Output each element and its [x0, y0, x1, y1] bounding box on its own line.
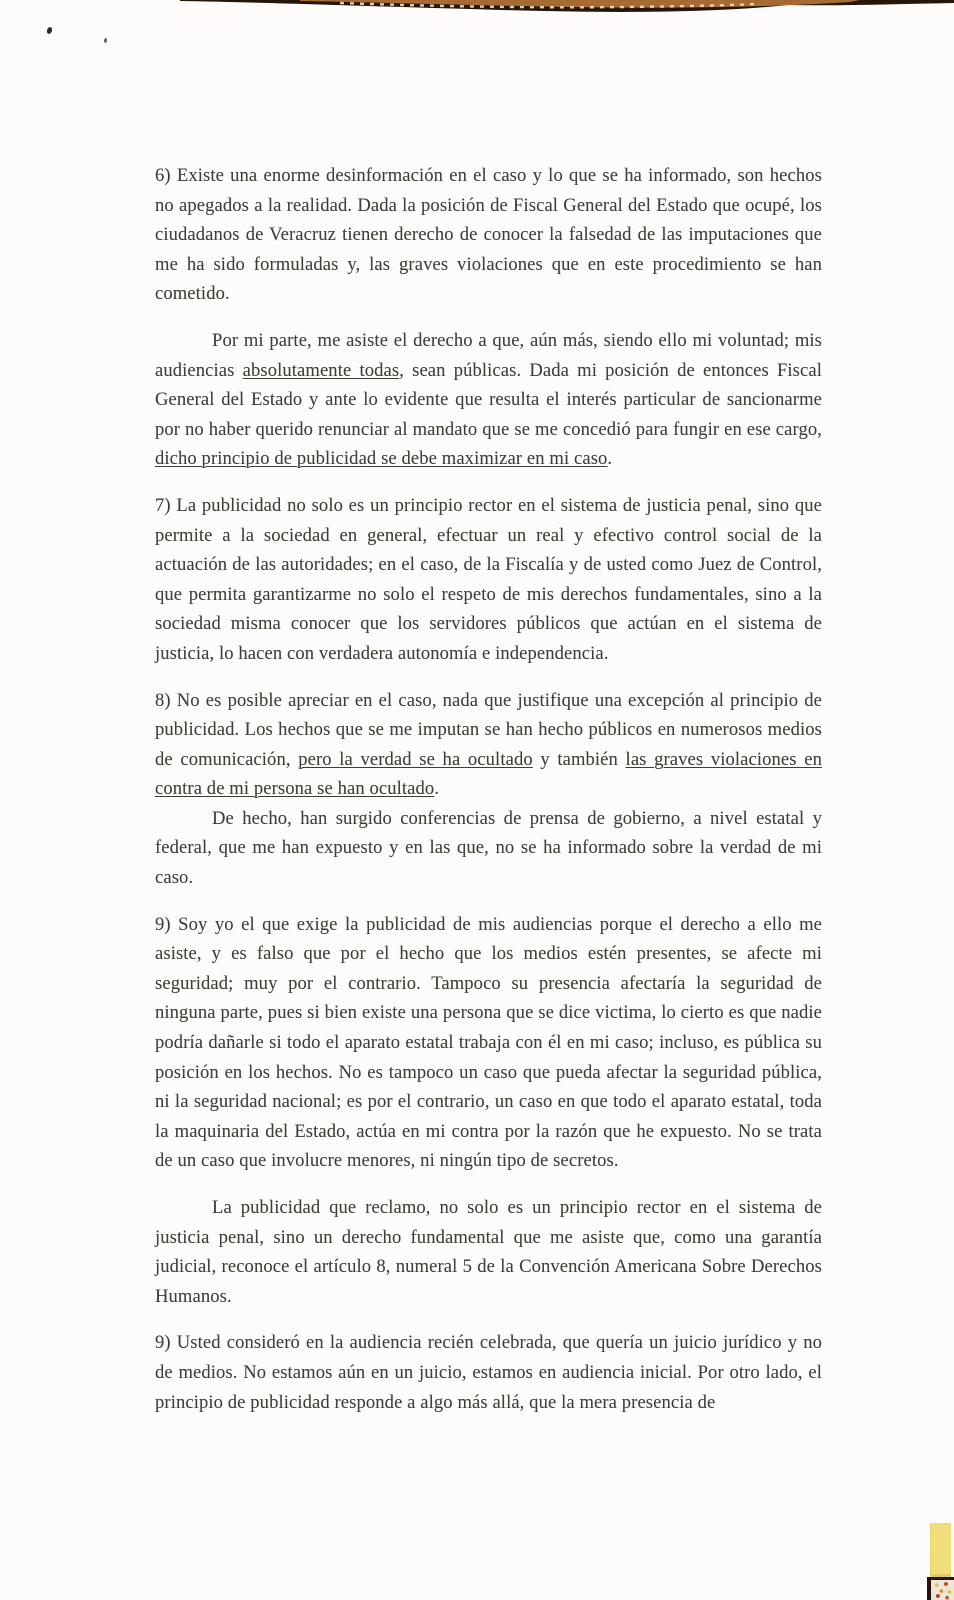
book-corner-artifact — [927, 1577, 954, 1600]
scan-edge-artifact — [0, 0, 954, 24]
scan-edge-light-speckle — [340, 3, 760, 7]
text-run: 9) Soy yo el que exige la publicidad de … — [155, 914, 822, 1172]
ink-speck — [104, 38, 108, 43]
scanned-page: 6) Existe una enorme desinformación en e… — [0, 0, 954, 1600]
paragraph: Por mi parte, me asiste el derecho a que… — [155, 326, 822, 474]
text-run: 6) Existe una enorme desinformación en e… — [155, 165, 822, 304]
paragraph: 7) La publicidad no solo es un principio… — [155, 491, 822, 669]
sticky-tab — [930, 1523, 951, 1577]
text-run: 9) Usted consideró en la audiencia recié… — [155, 1332, 822, 1412]
paragraph: 9) Usted consideró en la audiencia recié… — [155, 1328, 822, 1417]
document-text: 6) Existe una enorme desinformación en e… — [155, 161, 822, 1434]
text-run: 7) La publicidad no solo es un principio… — [155, 495, 822, 664]
text-run: . — [434, 778, 439, 799]
text-run: De hecho, han surgido conferencias de pr… — [155, 808, 822, 888]
underlined-text: dicho principio de publicidad se debe ma… — [155, 448, 607, 469]
paragraph: 9) Soy yo el que exige la publicidad de … — [155, 910, 822, 1176]
underlined-text: absolutamente todas — [243, 360, 400, 381]
text-run: La publicidad que reclamo, no solo es un… — [155, 1197, 822, 1307]
paragraph: 8) No es posible apreciar en el caso, na… — [155, 686, 822, 804]
text-run: . — [607, 448, 612, 469]
paragraph: De hecho, han surgido conferencias de pr… — [155, 804, 822, 893]
ink-speck — [46, 26, 53, 34]
underlined-text: pero la verdad se ha ocultado — [298, 749, 533, 770]
paragraph: La publicidad que reclamo, no solo es un… — [155, 1193, 822, 1311]
text-run: y también — [533, 749, 626, 770]
scan-edge-dark-layer — [180, 0, 954, 12]
scan-edge-orange-layer — [300, 0, 860, 8]
paragraph: 6) Existe una enorme desinformación en e… — [155, 161, 822, 309]
